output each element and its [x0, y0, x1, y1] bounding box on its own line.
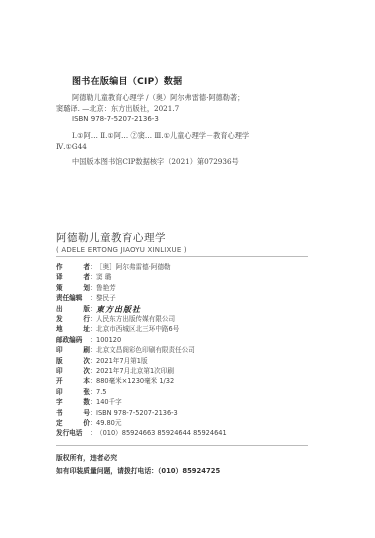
info-label-part: 印: [56, 345, 63, 355]
info-label-part: 发行电话: [56, 428, 82, 438]
info-label: 书号: [56, 408, 90, 418]
info-label-part: 责任编辑: [56, 293, 82, 303]
info-label-part: 者: [83, 262, 90, 272]
info-label-part: 邮政编码: [56, 335, 82, 345]
info-label: 发行: [56, 314, 90, 324]
info-label: 译者: [56, 272, 90, 282]
info-label-part: 开: [56, 376, 63, 386]
info-label-part: 字: [56, 397, 63, 407]
info-value: 49.80元: [96, 418, 121, 428]
info-label: 作者: [56, 262, 90, 272]
divider-bottom: [56, 445, 308, 446]
info-label-part: 译: [56, 272, 63, 282]
info-label: 邮政编码: [56, 335, 90, 345]
info-value: 黎民子: [96, 293, 116, 303]
info-row: 印刷：北京文昌阁彩色印刷有限责任公司: [56, 345, 195, 355]
info-label-part: 划: [83, 283, 90, 293]
cip-classification-2: Ⅳ.①G44: [56, 142, 87, 151]
cip-heading: 图书在版编目（CIP）数据: [72, 74, 182, 87]
info-row: 发行：人民东方出版传媒有限公司: [56, 314, 175, 324]
info-label: 开本: [56, 376, 90, 386]
info-row: 印张：7.5: [56, 387, 107, 397]
cip-classification-1: Ⅰ.①阿… Ⅱ.①阿… ②窦… Ⅲ.①儿童心理学－教育心理学: [72, 131, 249, 141]
book-pinyin: ( ADELE ERTONG JIAOYU XINLIXUE ): [56, 246, 187, 254]
cip-isbn: ISBN 978-7-5207-2136-3: [72, 115, 159, 123]
info-label-part: 号: [83, 408, 90, 418]
info-value: 880毫米×1230毫米 1/32: [96, 376, 174, 386]
info-value: 7.5: [96, 387, 107, 397]
info-value: 2021年7月北京第1次印刷: [96, 366, 174, 376]
info-row: 出版：東方出版社: [56, 304, 141, 314]
info-label-part: 定: [56, 418, 63, 428]
info-row: 定价：49.80元: [56, 418, 121, 428]
info-label-part: 版: [56, 356, 63, 366]
copyright-notice: 版权所有，违者必究: [56, 452, 117, 462]
info-label-part: 次: [83, 356, 90, 366]
info-row: 策划：鲁艳芳: [56, 283, 116, 293]
info-value: ［奥］阿尔弗雷德·阿德勒: [96, 262, 171, 272]
info-label-part: 价: [83, 418, 90, 428]
info-value: 人民东方出版传媒有限公司: [96, 314, 175, 324]
info-label-part: 作: [56, 262, 63, 272]
quality-contact: 如有印装质量问题，请拨打电话：（010）85924725: [56, 465, 220, 475]
info-value: 窦 璐: [96, 272, 111, 282]
info-label: 版次: [56, 356, 90, 366]
info-value: 140千字: [96, 397, 122, 407]
info-label: 定价: [56, 418, 90, 428]
info-label: 责任编辑: [56, 293, 90, 303]
publisher-logo: 東方出版社: [96, 304, 141, 314]
info-label: 地址: [56, 324, 90, 334]
cip-number: 中国版本图书馆CIP数据核字（2021）第072936号: [72, 157, 239, 167]
info-value: 北京文昌阁彩色印刷有限责任公司: [96, 345, 195, 355]
cip-line-2: 窦璐译. —北京：东方出版社，2021.7: [56, 104, 179, 114]
info-label: 发行电话: [56, 428, 90, 438]
info-row: 书号：ISBN 978-7-5207-2136-3: [56, 408, 178, 418]
info-row: 印次：2021年7月北京第1次印刷: [56, 366, 174, 376]
info-label-part: 印: [56, 387, 63, 397]
info-label-part: 张: [83, 387, 90, 397]
info-label: 印次: [56, 366, 90, 376]
divider-top: [56, 256, 308, 257]
info-row: 作者：［奥］阿尔弗雷德·阿德勒: [56, 262, 171, 272]
info-row: 责任编辑：黎民子: [56, 293, 116, 303]
info-label: 印张: [56, 387, 90, 397]
info-row: 发行电话：（010）85924663 85924644 85924641: [56, 428, 227, 438]
book-title: 阿德勒儿童教育心理学: [56, 230, 166, 245]
info-row: 开本：880毫米×1230毫米 1/32: [56, 376, 174, 386]
info-label-part: 书: [56, 408, 63, 418]
info-label-part: 发: [56, 314, 63, 324]
info-label-part: 印: [56, 366, 63, 376]
info-label-part: 版: [83, 304, 90, 314]
info-value: ISBN 978-7-5207-2136-3: [96, 408, 178, 418]
info-label: 策划: [56, 283, 90, 293]
info-label-part: 策: [56, 283, 63, 293]
info-label-part: 行: [83, 314, 90, 324]
info-label-part: 址: [83, 324, 90, 334]
info-label-part: 刷: [83, 345, 90, 355]
info-label-part: 者: [83, 272, 90, 282]
info-label: 出版: [56, 304, 90, 314]
info-row: 译者：窦 璐: [56, 272, 111, 282]
info-value: 100120: [96, 335, 121, 345]
info-row: 地址：北京市西城区北三环中路6号: [56, 324, 179, 334]
info-label-part: 本: [83, 376, 90, 386]
cip-line-1: 阿德勒儿童教育心理学 /（奥）阿尔弗雷德·阿德勒著；: [72, 93, 244, 103]
info-value: 鲁艳芳: [96, 283, 116, 293]
info-value: （010）85924663 85924644 85924641: [96, 428, 227, 438]
info-label-part: 地: [56, 324, 63, 334]
info-label-part: 次: [83, 366, 90, 376]
info-label-part: 数: [83, 397, 90, 407]
info-label: 印刷: [56, 345, 90, 355]
info-row: 版次：2021年7月第1版: [56, 356, 148, 366]
info-value: 2021年7月第1版: [96, 356, 148, 366]
info-row: 字数：140千字: [56, 397, 122, 407]
info-value: 北京市西城区北三环中路6号: [96, 324, 179, 334]
info-row: 邮政编码：100120: [56, 335, 121, 345]
info-label-part: 出: [56, 304, 63, 314]
info-label: 字数: [56, 397, 90, 407]
